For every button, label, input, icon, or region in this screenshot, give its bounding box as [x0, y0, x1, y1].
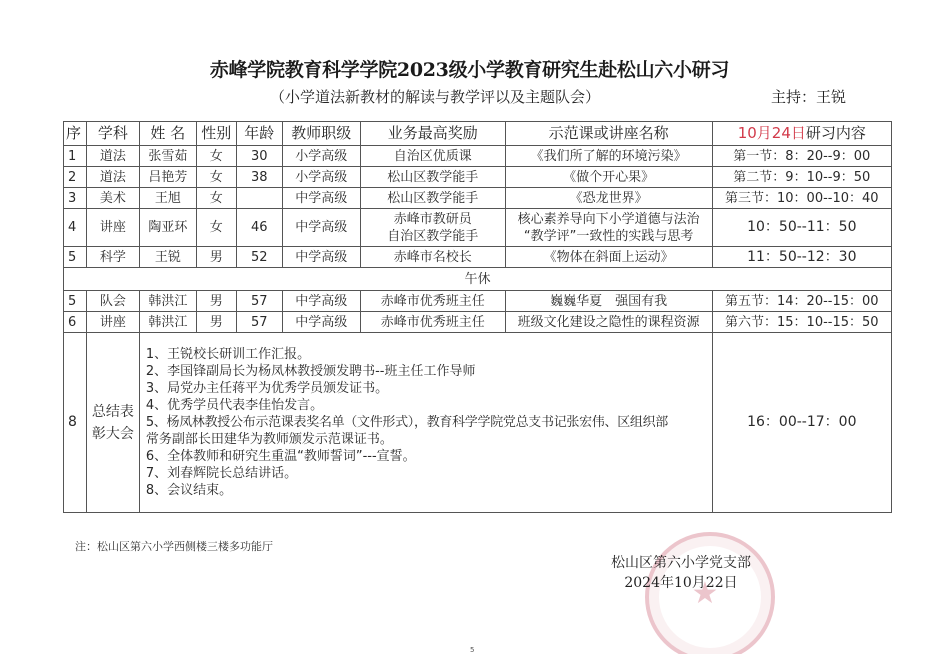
cell-lesson: 巍巍华夏 强国有我	[505, 291, 712, 312]
cell-subject: 科学	[86, 247, 139, 268]
cell-seq: 3	[64, 188, 87, 209]
cell-age: 57	[236, 312, 282, 333]
venue-note: 注：松山区第六小学西侧楼三楼多功能厅	[75, 538, 273, 554]
col-rank: 教师职级	[282, 122, 360, 146]
cell-rank: 中学高级	[282, 209, 360, 247]
table-header-row: 序 学科 姓 名 性别 年龄 教师职级 业务最高奖励 示范课或讲座名称 10月2…	[64, 122, 892, 146]
agenda-item: 5、杨凤林教授公布示范课表奖名单（文件形式），教育科学学院党总支书记张宏伟、区组…	[146, 414, 706, 431]
award-line: 赤峰市教研员	[363, 211, 503, 228]
cell-age: 46	[236, 209, 282, 247]
cell-age: 30	[236, 146, 282, 167]
content-date: 10月24日	[738, 124, 806, 142]
issuing-org: 松山区第六小学党支部	[611, 553, 751, 573]
cell-subject: 美术	[86, 188, 139, 209]
table-row: 1 道法 张雪茹 女 30 小学高级 自治区优质课 《我们所了解的环境污染》 第…	[64, 146, 892, 167]
cell-time: 10：50--11：50	[712, 209, 891, 247]
cell-age: 57	[236, 291, 282, 312]
agenda-item: 3、局党办主任蒋平为优秀学员颁发证书。	[146, 380, 706, 397]
subject-line: 总结表	[89, 401, 137, 423]
cell-seq: 8	[64, 333, 87, 513]
cell-rank: 中学高级	[282, 247, 360, 268]
issue-date: 2024年10月22日	[611, 573, 751, 593]
cell-subject: 讲座	[86, 209, 139, 247]
cell-subject: 道法	[86, 146, 139, 167]
lunch-break-label: 午休	[64, 268, 892, 291]
agenda-item: 2、李国锋副局长为杨凤林教授颁发聘书--班主任工作导师	[146, 363, 706, 380]
cell-award: 赤峰市优秀班主任	[360, 291, 505, 312]
cell-lesson: 班级文化建设之隐性的课程资源	[505, 312, 712, 333]
cell-subject: 总结表 彰大会	[86, 333, 139, 513]
cell-seq: 6	[64, 312, 87, 333]
cell-gender: 女	[196, 209, 236, 247]
table-row: 3 美术 王旭 女 中学高级 松山区教学能手 《恐龙世界》 第三节：10：00-…	[64, 188, 892, 209]
cell-time: 第三节：10：00--10：40	[712, 188, 891, 209]
cell-rank: 中学高级	[282, 291, 360, 312]
document-subtitle: （小学道法新教材的解读与教学评以及主题队会）	[270, 86, 600, 107]
cell-award: 松山区教学能手	[360, 167, 505, 188]
cell-name: 韩洪江	[139, 312, 196, 333]
col-subject: 学科	[86, 122, 139, 146]
cell-subject: 队会	[86, 291, 139, 312]
cell-rank: 小学高级	[282, 146, 360, 167]
cell-lesson: 《恐龙世界》	[505, 188, 712, 209]
cell-name: 陶亚环	[139, 209, 196, 247]
cell-time: 11：50--12：30	[712, 247, 891, 268]
lesson-line: 核心素养导向下小学道德与法治	[508, 211, 710, 228]
cell-name: 吕艳芳	[139, 167, 196, 188]
award-line: 自治区教学能手	[363, 228, 503, 245]
final-ceremony-row: 8 总结表 彰大会 1、王锐校长研训工作汇报。 2、李国锋副局长为杨凤林教授颁发…	[64, 333, 892, 513]
col-gender: 性别	[196, 122, 236, 146]
cell-lesson: 《我们所了解的环境污染》	[505, 146, 712, 167]
cell-time: 第六节：15：10--15：50	[712, 312, 891, 333]
lesson-line: “教学评”一致性的实践与思考	[508, 228, 710, 245]
col-lesson: 示范课或讲座名称	[505, 122, 712, 146]
document-title: 赤峰学院教育科学学院2023级小学教育研究生赴松山六小研习	[0, 55, 939, 82]
host-label: 主持：王锐	[771, 86, 846, 107]
cell-award: 松山区教学能手	[360, 188, 505, 209]
cell-subject: 道法	[86, 167, 139, 188]
cell-gender: 女	[196, 188, 236, 209]
cell-award: 自治区优质课	[360, 146, 505, 167]
cell-award: 赤峰市名校长	[360, 247, 505, 268]
cell-lesson: 《做个开心果》	[505, 167, 712, 188]
col-content: 10月24日研习内容	[712, 122, 891, 146]
cell-gender: 男	[196, 312, 236, 333]
cell-rank: 中学高级	[282, 312, 360, 333]
lunch-break-row: 午休	[64, 268, 892, 291]
content-suffix: 研习内容	[806, 124, 866, 142]
cell-time: 16：00--17：00	[712, 333, 891, 513]
cell-time: 第一节：8：20--9：00	[712, 146, 891, 167]
cell-lesson: 核心素养导向下小学道德与法治 “教学评”一致性的实践与思考	[505, 209, 712, 247]
agenda-item: 7、刘春辉院长总结讲话。	[146, 465, 706, 482]
table-row: 5 队会 韩洪江 男 57 中学高级 赤峰市优秀班主任 巍巍华夏 强国有我 第五…	[64, 291, 892, 312]
cell-name: 王旭	[139, 188, 196, 209]
table-row: 2 道法 吕艳芳 女 38 小学高级 松山区教学能手 《做个开心果》 第二节：9…	[64, 167, 892, 188]
cell-time: 第五节：14：20--15：00	[712, 291, 891, 312]
schedule-table: 序 学科 姓 名 性别 年龄 教师职级 业务最高奖励 示范课或讲座名称 10月2…	[63, 121, 892, 513]
cell-age: 52	[236, 247, 282, 268]
cell-seq: 4	[64, 209, 87, 247]
agenda-item: 常务副部长田建华为教师颁发示范课证书。	[146, 431, 706, 448]
cell-age: 38	[236, 167, 282, 188]
agenda-item: 6、全体教师和研究生重温“教师誓词”---宣誓。	[146, 448, 706, 465]
col-seq: 序	[64, 122, 87, 146]
cell-award: 赤峰市教研员 自治区教学能手	[360, 209, 505, 247]
page-number: 5	[470, 646, 474, 654]
signature-block: 松山区第六小学党支部 2024年10月22日	[611, 553, 751, 593]
cell-subject: 讲座	[86, 312, 139, 333]
subject-line: 彰大会	[89, 423, 137, 445]
cell-gender: 男	[196, 291, 236, 312]
col-age: 年龄	[236, 122, 282, 146]
cell-gender: 女	[196, 146, 236, 167]
col-award: 业务最高奖励	[360, 122, 505, 146]
cell-seq: 1	[64, 146, 87, 167]
cell-seq: 5	[64, 291, 87, 312]
cell-gender: 男	[196, 247, 236, 268]
cell-rank: 中学高级	[282, 188, 360, 209]
cell-name: 韩洪江	[139, 291, 196, 312]
agenda-item: 1、王锐校长研训工作汇报。	[146, 346, 706, 363]
cell-rank: 小学高级	[282, 167, 360, 188]
cell-lesson: 《物体在斜面上运动》	[505, 247, 712, 268]
agenda-item: 8、会议结束。	[146, 482, 706, 499]
agenda-list: 1、王锐校长研训工作汇报。 2、李国锋副局长为杨凤林教授颁发聘书--班主任工作导…	[139, 333, 712, 513]
cell-name: 王锐	[139, 247, 196, 268]
cell-time: 第二节：9：10--9：50	[712, 167, 891, 188]
cell-gender: 女	[196, 167, 236, 188]
col-name: 姓 名	[139, 122, 196, 146]
table-row: 5 科学 王锐 男 52 中学高级 赤峰市名校长 《物体在斜面上运动》 11：5…	[64, 247, 892, 268]
agenda-item: 4、优秀学员代表李佳怡发言。	[146, 397, 706, 414]
cell-name: 张雪茹	[139, 146, 196, 167]
cell-award: 赤峰市优秀班主任	[360, 312, 505, 333]
cell-seq: 5	[64, 247, 87, 268]
cell-age	[236, 188, 282, 209]
cell-seq: 2	[64, 167, 87, 188]
table-row: 6 讲座 韩洪江 男 57 中学高级 赤峰市优秀班主任 班级文化建设之隐性的课程…	[64, 312, 892, 333]
table-row: 4 讲座 陶亚环 女 46 中学高级 赤峰市教研员 自治区教学能手 核心素养导向…	[64, 209, 892, 247]
